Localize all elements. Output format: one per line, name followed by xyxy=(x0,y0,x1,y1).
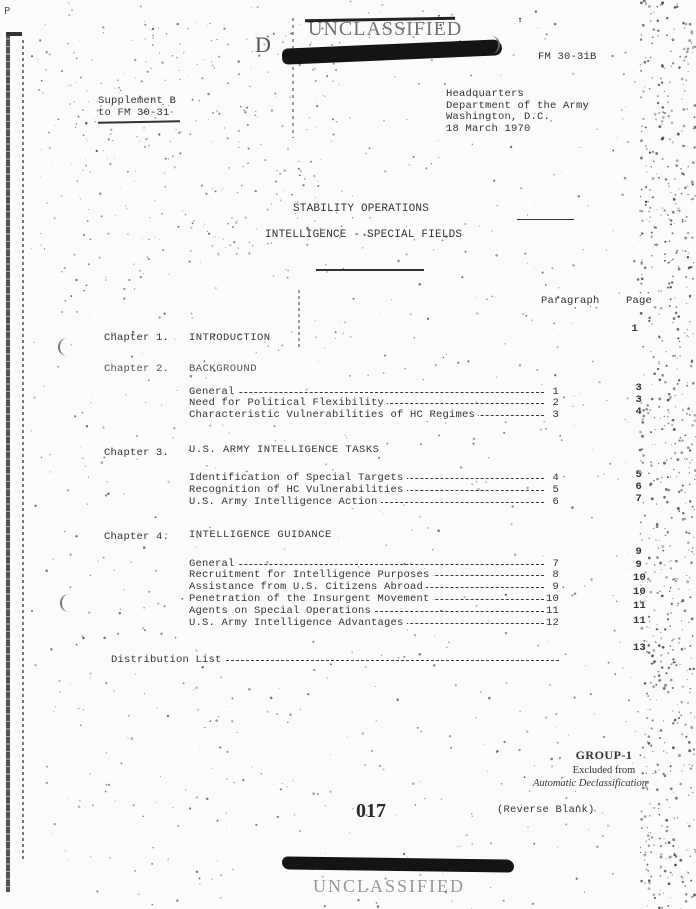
title-line-1: STABILITY OPERATIONS xyxy=(293,203,429,215)
reverse-blank-note: (Reverse Blank) xyxy=(497,804,595,816)
title-line-2: INTELLIGENCE - SPECIAL FIELDS xyxy=(265,229,462,241)
entry-title: Recruitment for Intelligence Purposes xyxy=(189,569,433,581)
supplement-line-2: to FM 30-31 xyxy=(98,107,176,119)
redaction-bar-top xyxy=(282,39,502,65)
entry-paragraph: 11 xyxy=(545,605,559,617)
entry-page: 5 xyxy=(622,469,642,481)
entry-title: Characteristic Vulnerabilities of HC Reg… xyxy=(189,409,478,421)
entry-paragraph: 5 xyxy=(545,484,559,496)
page-number: 017 xyxy=(356,800,386,823)
entry-page: 11 xyxy=(626,600,646,612)
entry-page: 9 xyxy=(622,559,642,571)
toc-entry: Assistance from U.S. Citizens Abroad 9 xyxy=(189,581,559,593)
entry-title: Recognition of HC Vulnerabilities xyxy=(189,484,407,496)
toc-entry: Recognition of HC Vulnerabilities 5 xyxy=(189,484,559,496)
supplement-underline xyxy=(98,120,180,123)
entry-title: Penetration of the Insurgent Movement xyxy=(189,593,433,605)
dot-leader xyxy=(189,564,549,565)
entry-title: Need for Political Flexibility xyxy=(189,397,387,409)
entry-paragraph: 4 xyxy=(545,472,559,484)
group-line-1: GROUP-1 xyxy=(514,748,694,763)
binding-perforation xyxy=(22,40,24,860)
entry-title: Distribution List xyxy=(111,654,225,666)
margin-mark: P xyxy=(4,6,10,17)
punch-hole-mark xyxy=(60,594,74,612)
chapter-page: 1 xyxy=(618,323,638,335)
title-underline xyxy=(316,269,424,271)
entry-page: 3 xyxy=(622,382,642,394)
entry-page: 6 xyxy=(622,481,642,493)
issuer-block: Headquarters Department of the Army Wash… xyxy=(446,89,589,135)
toc-entry: Recruitment for Intelligence Purposes 8 xyxy=(189,569,559,581)
chapter-title: U.S. ARMY INTELLIGENCE TASKS xyxy=(189,444,379,456)
stray-line xyxy=(517,219,574,220)
entry-paragraph: 8 xyxy=(545,569,559,581)
punch-hole-mark xyxy=(58,338,72,356)
toc-entry: Characteristic Vulnerabilities of HC Reg… xyxy=(189,409,559,421)
entry-page: 7 xyxy=(622,493,642,505)
chapter-label: Chapter 2. xyxy=(104,363,169,375)
column-header-paragraph: Paragraph xyxy=(541,295,600,307)
binding-edge xyxy=(6,32,10,892)
entry-paragraph: 3 xyxy=(545,409,559,421)
toc-entry: Penetration of the Insurgent Movement 10 xyxy=(189,593,559,605)
classification-stamp-bottom: UNCLASSIFIED xyxy=(313,876,465,897)
entry-page: 13 xyxy=(626,642,646,654)
toc-entry-distribution: Distribution List xyxy=(111,654,559,666)
entry-page: 4 xyxy=(622,406,642,418)
entry-title: U.S. Army Intelligence Action xyxy=(189,496,381,508)
issuer-line: Headquarters xyxy=(446,89,589,101)
chapter-label: Chapter 1. xyxy=(104,332,169,344)
fold-line xyxy=(292,18,294,138)
group-line-2: Excluded from xyxy=(514,765,694,776)
supplement-line-1: Supplement B xyxy=(98,95,176,107)
entry-title: Assistance from U.S. Citizens Abroad xyxy=(189,581,426,593)
dot-leader xyxy=(189,392,549,393)
toc-entry: Need for Political Flexibility 2 xyxy=(189,397,559,409)
chapter-title: INTRODUCTION xyxy=(189,332,271,344)
entry-title: Agents on Special Operations xyxy=(189,605,374,617)
group-marking: GROUP-1 Excluded from Automatic Declassi… xyxy=(500,748,680,789)
toc-entry: Agents on Special Operations 11 xyxy=(189,605,559,617)
entry-page: 9 xyxy=(622,546,642,558)
group-line-3: Automatic Declassification xyxy=(500,778,680,789)
entry-title: U.S. Army Intelligence Advantages xyxy=(189,617,407,629)
entry-page: 11 xyxy=(626,615,646,627)
fold-line-lower xyxy=(298,290,300,350)
entry-paragraph: 10 xyxy=(545,593,559,605)
chapter-label: Chapter 3. xyxy=(104,447,169,459)
chapter-title: BACKGROUND xyxy=(189,363,257,375)
chapter-label: Chapter 4. xyxy=(104,531,169,543)
chapter-title: INTELLIGENCE GUIDANCE xyxy=(189,529,332,541)
entry-page: 10 xyxy=(626,586,646,598)
entry-paragraph: 9 xyxy=(545,581,559,593)
entry-title: Identification of Special Targets xyxy=(189,472,407,484)
toc-entry: U.S. Army Intelligence Advantages 12 xyxy=(189,617,559,629)
doc-number: FM 30-31B xyxy=(538,51,597,63)
scanned-document-page: P D UNCLASSIFIED FM 30-31B Supplement B … xyxy=(0,0,696,909)
toc-entry: U.S. Army Intelligence Action 6 xyxy=(189,496,559,508)
entry-paragraph: 12 xyxy=(545,617,559,629)
column-header-page: Page xyxy=(626,295,652,307)
toc-entry: Identification of Special Targets 4 xyxy=(189,472,559,484)
entry-page: 10 xyxy=(626,572,646,584)
issuer-line: Washington, D.C. xyxy=(446,112,589,124)
redaction-bar-bottom xyxy=(282,856,514,872)
entry-paragraph: 2 xyxy=(545,397,559,409)
supplement-note: Supplement B to FM 30-31 xyxy=(98,95,176,119)
stamp-letter: D xyxy=(255,32,271,58)
entry-paragraph: 6 xyxy=(545,496,559,508)
entry-page: 3 xyxy=(622,394,642,406)
issue-date: 18 March 1970 xyxy=(446,124,589,136)
